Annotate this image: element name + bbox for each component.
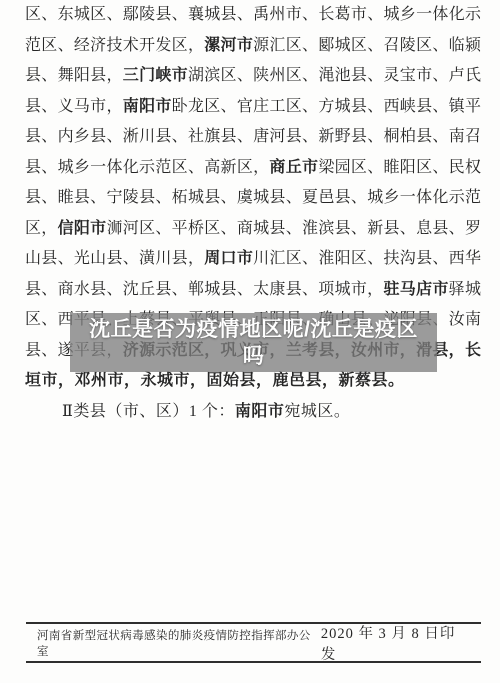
text-segment: 驿城 [449,281,481,298]
text-segment: 县、商水县、沈丘县、郸城县、太康县、项城市， [25,281,383,298]
document-line: 区、东城区、鄢陵县、襄城县、禹州市、长葛市、城乡一体化示 [25,0,481,31]
document-line: 县、商水县、沈丘县、郸城县、太康县、项城市，驻马店市驿城 [25,275,481,306]
document-line: 县、内乡县、淅川县、社旗县、唐河县、新野县、桐柏县、南召 [25,122,481,153]
footer-office-name: 河南省新型冠状病毒感染的肺炎疫情防控指挥部办公室 [37,627,321,659]
text-segment: 县、城乡一体化示范区、高新区， [25,159,269,176]
document-line: 县、睢县、宁陵县、柘城县、虞城县、夏邑县、城乡一体化示范 [25,183,481,214]
text-segment: 区， [25,220,58,237]
footer: 河南省新型冠状病毒感染的肺炎疫情防控指挥部办公室 2020 年 3 月 8 日印… [37,630,470,656]
text-segment: 县、内乡县、淅川县、社旗县、唐河县、新野县、桐柏县、南召 [25,128,481,145]
text-segment: 山县、光山县、潢川县， [25,250,204,267]
text-segment: 宛城区。 [284,403,350,420]
text-segment: 湖滨区、陕州区、渑池县、灵宝市、卢氏 [188,67,481,84]
text-segment: 川汇区、淮阳区、扶沟县、西华 [253,250,481,267]
document-line: 县、义马市，南阳市卧龙区、官庄工区、方城县、西峡县、镇平 [25,92,481,123]
text-segment: 梁园区、睢阳区、民权 [318,159,481,176]
caption-line-1: 沈丘是否为疫情地区呢/沈丘是疫区 [70,316,437,343]
document-line: Ⅱ类县（市、区）1 个：南阳市宛城区。 [25,397,481,428]
text-segment: 垣市，邓州市，永城市，固始县，鹿邑县，新蔡县。 [25,372,405,389]
caption-overlay: 沈丘是否为疫情地区呢/沈丘是疫区 吗 [70,313,437,372]
text-segment: 三门峡市 [123,67,188,84]
document-line: 县、城乡一体化示范区、高新区，商丘市梁园区、睢阳区、民权 [25,153,481,184]
document-line: 县、舞阳县，三门峡市湖滨区、陕州区、渑池县、灵宝市、卢氏 [25,61,481,92]
text-segment: 漯河市 [204,37,253,54]
text-segment: 县、义马市， [25,98,123,115]
text-segment: 信阳市 [58,220,107,237]
text-segment: 驻马店市 [383,281,448,298]
document-line: 山县、光山县、潢川县，周口市川汇区、淮阳区、扶沟县、西华 [25,244,481,275]
text-segment: 南阳市 [235,403,285,420]
footer-print-date: 2020 年 3 月 8 日印发 [321,622,470,664]
text-segment: 商丘市 [269,159,318,176]
document-line: 范区、经济技术开发区，漯河市源汇区、郾城区、召陵区、临颍 [25,31,481,62]
caption-line-2: 吗 [70,343,437,370]
document-line: 区，信阳市浉河区、平桥区、商城县、淮滨县、新县、息县、罗 [25,214,481,245]
text-segment: 县、睢县、宁陵县、柘城县、虞城县、夏邑县、城乡一体化示范 [25,189,481,206]
text-segment: 范区、经济技术开发区， [25,37,204,54]
text-segment: 区、东城区、鄢陵县、襄城县、禹州市、长葛市、城乡一体化示 [25,6,481,23]
scanned-document-page: 区、东城区、鄢陵县、襄城县、禹州市、长葛市、城乡一体化示范区、经济技术开发区，漯… [0,0,500,683]
text-segment: 卧龙区、官庄工区、方城县、西峡县、镇平 [172,98,481,115]
text-segment: 南阳市 [123,98,172,115]
text-segment: 浉河区、平桥区、商城县、淮滨县、新县、息县、罗 [106,220,480,237]
footer-rule-bottom [26,661,481,663]
text-segment: 县、舞阳县， [25,67,123,84]
text-segment: 源汇区、郾城区、召陵区、临颍 [253,37,481,54]
text-segment: Ⅱ类县（市、区）1 个： [62,403,235,420]
text-segment: 周口市 [204,250,253,267]
